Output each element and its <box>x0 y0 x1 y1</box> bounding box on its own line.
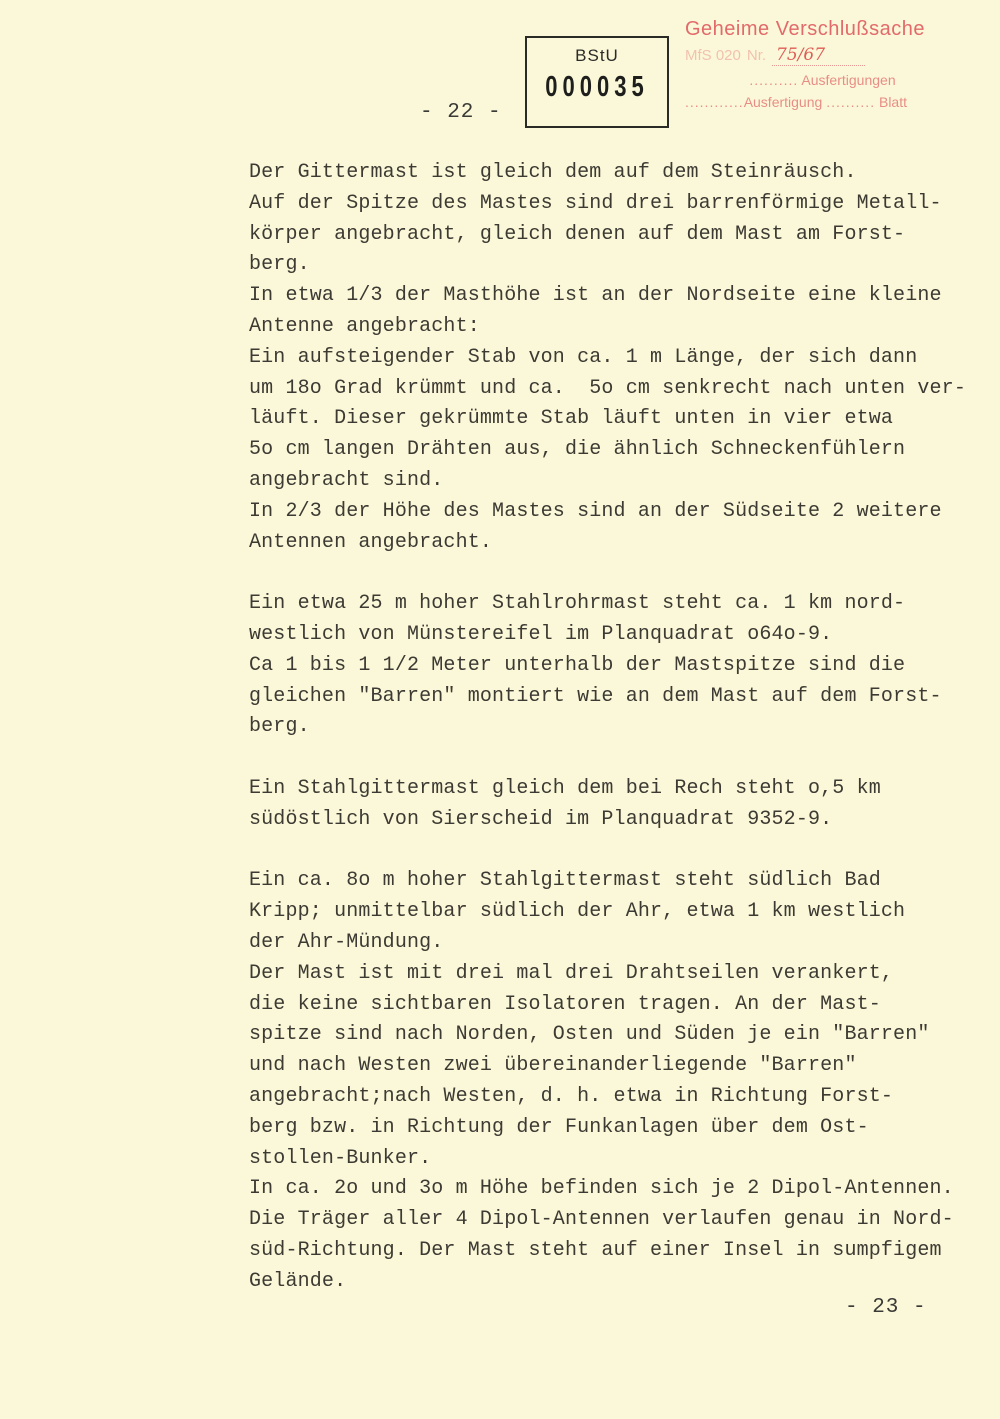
text-line: In etwa 1/3 der Masthöhe ist an der Nord… <box>249 281 989 312</box>
text-line: um 18o Grad krümmt und ca. 5o cm senkrec… <box>249 374 989 405</box>
paragraph: Ein ca. 8o m hoher Stahlgittermast steht… <box>249 866 989 1297</box>
page-number-bottom: - 23 - <box>845 1296 927 1319</box>
paragraph-gap <box>249 743 989 774</box>
text-line: stollen-Bunker. <box>249 1144 989 1175</box>
paragraph: Ein Stahlgittermast gleich dem bei Rech … <box>249 774 989 836</box>
text-line: Antennen angebracht. <box>249 528 989 559</box>
text-line: spitze sind nach Norden, Osten und Süden… <box>249 1020 989 1051</box>
text-line: Kripp; unmittelbar südlich der Ahr, etwa… <box>249 897 989 928</box>
registry-prefix: MfS 020 <box>685 47 741 64</box>
text-line: Ein aufsteigender Stab von ca. 1 m Länge… <box>249 343 989 374</box>
text-line: angebracht sind. <box>249 466 989 497</box>
text-line: südöstlich von Sierscheid im Planquadrat… <box>249 805 989 836</box>
registry-number: 75/67 <box>772 45 865 66</box>
text-line: Der Mast ist mit drei mal drei Drahtseil… <box>249 959 989 990</box>
text-line: Die Träger aller 4 Dipol-Antennen verlau… <box>249 1205 989 1236</box>
classification-title: Geheime Verschlußsache <box>685 18 960 41</box>
classification-sheet-line: ............Ausfertigung .......... Blat… <box>685 94 960 110</box>
classification-copies-line: .......... Ausfertigungen <box>685 72 960 88</box>
archive-stamp: BStU 000035 <box>525 36 669 128</box>
document-body: Der Gittermast ist gleich dem auf dem St… <box>249 158 989 1297</box>
text-line: berg. <box>249 712 989 743</box>
paragraph: Der Gittermast ist gleich dem auf dem St… <box>249 158 989 558</box>
text-line: In ca. 2o und 3o m Höhe befinden sich je… <box>249 1174 989 1205</box>
paragraph: Ein etwa 25 m hoher Stahlrohrmast steht … <box>249 589 989 743</box>
sheet-label: Blatt <box>879 94 907 110</box>
text-line: Der Gittermast ist gleich dem auf dem St… <box>249 158 989 189</box>
archive-stamp-number: 000035 <box>545 70 648 104</box>
text-line: In 2/3 der Höhe des Mastes sind an der S… <box>249 497 989 528</box>
classification-stamp: Geheime Verschlußsache MfS 020 Nr. 75/67… <box>685 18 960 110</box>
text-line: süd-Richtung. Der Mast steht auf einer I… <box>249 1236 989 1267</box>
text-line: berg. <box>249 250 989 281</box>
page-number-top: - 22 - <box>420 101 502 124</box>
registry-label: Nr. <box>747 47 766 64</box>
text-line: läuft. Dieser gekrümmte Stab läuft unten… <box>249 404 989 435</box>
text-line: Ein ca. 8o m hoher Stahlgittermast steht… <box>249 866 989 897</box>
copies-label: Ausfertigungen <box>801 72 895 88</box>
text-line: der Ahr-Mündung. <box>249 928 989 959</box>
classification-registry: MfS 020 Nr. 75/67 <box>685 45 960 66</box>
text-line: berg bzw. in Richtung der Funkanlagen üb… <box>249 1113 989 1144</box>
text-line: Ein etwa 25 m hoher Stahlrohrmast steht … <box>249 589 989 620</box>
text-line: gleichen "Barren" montiert wie an dem Ma… <box>249 682 989 713</box>
text-line: Antenne angebracht: <box>249 312 989 343</box>
text-line: und nach Westen zwei übereinanderliegend… <box>249 1051 989 1082</box>
text-line: Ca 1 bis 1 1/2 Meter unterhalb der Masts… <box>249 651 989 682</box>
text-line: Ein Stahlgittermast gleich dem bei Rech … <box>249 774 989 805</box>
text-line: Gelände. <box>249 1267 989 1298</box>
text-line: die keine sichtbaren Isolatoren tragen. … <box>249 990 989 1021</box>
paragraph-gap <box>249 836 989 867</box>
text-line: körper angebracht, gleich denen auf dem … <box>249 220 989 251</box>
copy-label: Ausfertigung <box>744 94 823 110</box>
text-line: westlich von Münstereifel im Planquadrat… <box>249 620 989 651</box>
text-line: angebracht;nach Westen, d. h. etwa in Ri… <box>249 1082 989 1113</box>
text-line: 5o cm langen Drähten aus, die ähnlich Sc… <box>249 435 989 466</box>
paragraph-gap <box>249 558 989 589</box>
archive-stamp-label: BStU <box>527 46 667 66</box>
text-line: Auf der Spitze des Mastes sind drei barr… <box>249 189 989 220</box>
